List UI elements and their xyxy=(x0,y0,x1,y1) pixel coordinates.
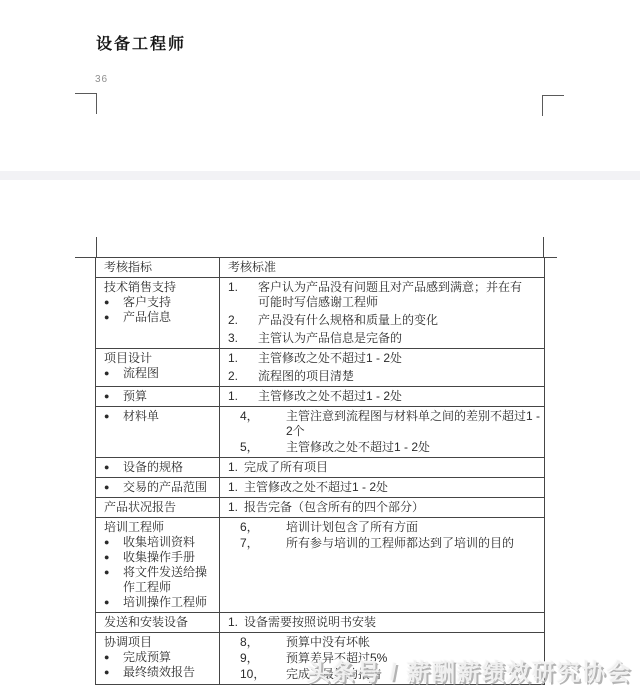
table-row: ●交易的产品范围 1.主管修改之处不超过1 - 2处 xyxy=(96,477,544,497)
table-row: 产品状况报告 1.报告完备（包含所有的四个部分） xyxy=(96,497,544,517)
indicator-bullet: ●产品信息 xyxy=(104,310,216,325)
indicator-bullet: ●将文件发送给操作工程师 xyxy=(104,565,216,595)
assessment-table: 考核指标 考核标准 技术销售支持 ●客户支持 ●产品信息 1.客户认为产品没有问… xyxy=(95,257,545,685)
standard-item: 1.报告完备（包含所有的四个部分） xyxy=(228,500,540,515)
indicator-title: 产品状况报告 xyxy=(104,500,216,515)
document-page: 设备工程师 36 考核指标 考核标准 技术销售支持 ●客户支持 ●产品信息 1.… xyxy=(0,0,640,692)
standard-item: 5，主管修改之处不超过1 - 2处 xyxy=(228,440,540,455)
bullet-icon: ● xyxy=(104,409,123,424)
page-break-separator xyxy=(0,171,640,180)
standard-item: 2.流程图的项目清楚 xyxy=(228,369,540,384)
table-header-row: 考核指标 考核标准 xyxy=(96,258,544,277)
margin-crop-mark-left xyxy=(75,93,97,114)
bullet-icon: ● xyxy=(104,295,123,310)
indicator-bullet: ●培训操作工程师 xyxy=(104,595,216,610)
bullet-icon: ● xyxy=(104,310,123,325)
indicator-title: 发送和安装设备 xyxy=(104,615,216,630)
bullet-icon: ● xyxy=(104,460,123,475)
table-row: ●设备的规格 1.完成了所有项目 xyxy=(96,457,544,477)
bullet-icon: ● xyxy=(104,535,123,550)
indicator-title: 培训工程师 xyxy=(104,520,216,535)
table-row: 发送和安装设备 1.设备需要按照说明书安装 xyxy=(96,612,544,632)
indicator-title: 技术销售支持 xyxy=(104,280,216,295)
indicator-bullet: ●材料单 xyxy=(104,409,216,424)
table-row: ●预算 1.主管修改之处不超过1 - 2处 xyxy=(96,386,544,406)
bullet-icon: ● xyxy=(104,650,123,665)
standard-item: 2.产品没有什么规格和质量上的变化 xyxy=(228,313,540,328)
header-cell-indicator: 考核指标 xyxy=(96,258,220,277)
standard-item: 8，预算中没有坏帐 xyxy=(228,635,540,650)
bullet-icon: ● xyxy=(104,366,123,381)
indicator-title: 项目设计 xyxy=(104,351,216,366)
table-row: 技术销售支持 ●客户支持 ●产品信息 1.客户认为产品没有问题且对产品感到满意；… xyxy=(96,277,544,348)
indicator-title: 协调项目 xyxy=(104,635,216,650)
standard-item: 7，所有参与培训的工程师都达到了培训的目的 xyxy=(228,536,540,551)
indicator-bullet: ●设备的规格 xyxy=(104,460,216,475)
column-header: 考核指标 xyxy=(104,260,216,275)
bullet-icon: ● xyxy=(104,389,123,404)
text-boundary-line-right xyxy=(545,257,557,258)
standard-item: 1.主管修改之处不超过1 - 2处 xyxy=(228,389,540,404)
standard-item: 1.完成了所有项目 xyxy=(228,460,540,475)
text-boundary-line-left xyxy=(75,257,95,258)
indicator-bullet: ●收集培训资料 xyxy=(104,535,216,550)
indicator-bullet: ●完成预算 xyxy=(104,650,216,665)
table-row: ●材料单 4，主管注意到流程图与材料单之间的差别不超过1 - 2个 5，主管修改… xyxy=(96,406,544,457)
page-title: 设备工程师 xyxy=(96,31,186,54)
table-row: 项目设计 ●流程图 1.主管修改之处不超过1 - 2处 2.流程图的项目清楚 xyxy=(96,348,544,386)
table-row: 培训工程师 ●收集培训资料 ●收集操作手册 ●将文件发送给操作工程师 ●培训操作… xyxy=(96,517,544,612)
standard-item: 6，培训计划包含了所有方面 xyxy=(228,520,540,535)
standard-item: 1.主管修改之处不超过1 - 2处 xyxy=(228,480,540,495)
table-continuation-line-left xyxy=(96,237,97,257)
indicator-bullet: ●最终绩效报告 xyxy=(104,665,216,680)
standard-item: 1.客户认为产品没有问题且对产品感到满意；并在有可能时写信感谢工程师 xyxy=(228,280,540,310)
indicator-bullet: ●交易的产品范围 xyxy=(104,480,216,495)
indicator-bullet: ●收集操作手册 xyxy=(104,550,216,565)
standard-item: 1.设备需要按照说明书安装 xyxy=(228,615,540,630)
standard-item: 4，主管注意到流程图与材料单之间的差别不超过1 - 2个 xyxy=(228,409,540,439)
bullet-icon: ● xyxy=(104,480,123,495)
bullet-icon: ● xyxy=(104,665,123,680)
watermark-text: 头条号 / 薪酬薪绩效研究协会 xyxy=(307,654,632,687)
bullet-icon: ● xyxy=(104,550,123,565)
header-cell-standard: 考核标准 xyxy=(220,258,544,277)
indicator-bullet: ●客户支持 xyxy=(104,295,216,310)
standard-item: 1.主管修改之处不超过1 - 2处 xyxy=(228,351,540,366)
table-continuation-line-right xyxy=(543,237,544,257)
standard-item: 3.主管认为产品信息是完备的 xyxy=(228,331,540,346)
bullet-icon: ● xyxy=(104,565,123,580)
margin-crop-mark-right xyxy=(542,95,564,116)
indicator-bullet: ●预算 xyxy=(104,389,216,404)
page-number: 36 xyxy=(95,74,108,85)
indicator-bullet: ●流程图 xyxy=(104,366,216,381)
bullet-icon: ● xyxy=(104,595,123,610)
column-header: 考核标准 xyxy=(228,260,540,275)
